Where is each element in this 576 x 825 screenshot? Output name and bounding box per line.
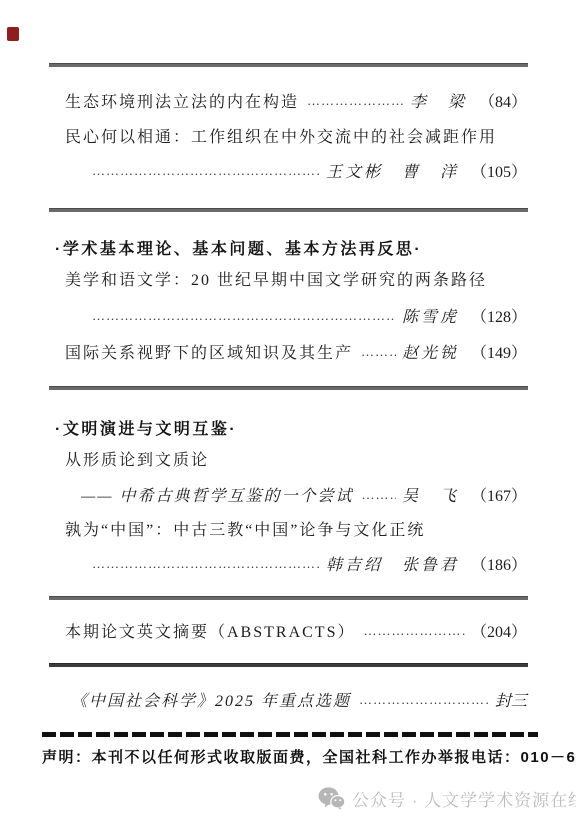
toc-entry-key-topics: 《中国社会科学》2025 年重点选题 ………………………………………………………… [50,691,527,712]
article-page-number: （128） [471,307,527,328]
divider-dashed [42,732,538,737]
article-authors: 韩吉绍 张鲁君 [326,555,459,576]
wechat-watermark-label: 公众号 · 人文学学术资源在线 [352,786,576,811]
dot-leader: …………………………………………………………………………………………………………… [92,160,320,181]
toc-entry: 生态环境刑法立法的内在构造 ……………………………………………………………………… [50,92,527,113]
wechat-icon [318,787,345,810]
divider [49,208,528,212]
toc-entry: 美学和语文学：20 世纪早期中国文学研究的两条路径 [50,270,527,291]
toc-entry: 孰为“中国”：中古三教“中国”论争与文化正统 [50,520,527,541]
toc-entry-abstracts: 本期论文英文摘要（ABSTRACTS） ……………………………………………………… [50,622,527,643]
toc-entry-continuation: …………………………………………………………………………………………………………… [50,162,527,183]
wechat-watermark: 公众号 · 人文学学术资源在线 [318,786,576,811]
toc-entry-subtitle: —— 中希古典哲学互鉴的一个尝试 ……………………………………………………………… [50,486,527,507]
red-seal-mark [7,27,19,41]
divider-top [49,63,528,67]
article-authors: 吴 飞 [402,486,459,507]
section-header: ·文明演进与文明互鉴· [55,416,527,439]
article-authors: 陈雪虎 [402,307,459,328]
journal-toc-page: 生态环境刑法立法的内在构造 ……………………………………………………………………… [0,0,576,825]
article-page-number: （84） [479,92,527,113]
dot-leader: …………………………………………………………………………………………………………… [361,484,396,505]
article-page-number: （149） [471,343,527,364]
article-title: 国际关系视野下的区域知识及其生产 [65,343,353,364]
dot-leader: …………………………………………………………………………………………………………… [92,553,320,574]
divider-dark [49,663,528,667]
divider [49,386,528,390]
article-page-number: （105） [471,162,527,183]
section-header: ·学术基本理论、基本问题、基本方法再反思· [55,236,527,259]
article-title: 从形质论到文质论 [65,450,209,471]
abstracts-page-number: （204） [471,622,527,643]
toc-entry-continuation: …………………………………………………………………………………………………………… [50,307,527,328]
article-title: 民心何以相通：工作组织在中外交流中的社会减距作用 [65,127,497,148]
abstracts-title: 本期论文英文摘要（ABSTRACTS） [65,622,355,643]
article-subtitle: —— 中希古典哲学互鉴的一个尝试 [81,486,353,507]
toc-entry: 从形质论到文质论 [50,450,527,471]
article-authors: 赵光锐 [402,343,459,364]
article-page-number: （167） [471,486,527,507]
toc-entry: 民心何以相通：工作组织在中外交流中的社会减距作用 [50,127,527,148]
toc-entry-continuation: …………………………………………………………………………………………………………… [50,555,527,576]
article-page-number: （186） [471,555,527,576]
article-title: 生态环境刑法立法的内在构造 [65,92,299,113]
article-title: 美学和语文学：20 世纪早期中国文学研究的两条路径 [65,270,487,291]
toc-entry: 国际关系视野下的区域知识及其生产 ……………………………………………………………… [50,343,527,364]
dot-leader: …………………………………………………………………………………………………………… [361,341,396,362]
key-topics-title: 《中国社会科学》2025 年重点选题 [71,691,351,712]
no-fee-notice: 声明：本刊不以任何形式收取版面费，全国社科工作办举报电话：010－6309827… [42,746,538,767]
dot-leader: …………………………………………………………………………………………………………… [92,305,396,326]
dot-leader: …………………………………………………………………………………………………………… [307,90,404,111]
dot-leader: …………………………………………………………………………………………………………… [359,689,489,710]
divider [49,596,528,600]
article-title: 孰为“中国”：中古三教“中国”论争与文化正统 [65,520,425,541]
article-authors: 李 梁 [410,92,467,113]
article-authors: 王文彬 曹 洋 [326,162,459,183]
dot-leader: …………………………………………………………………………………………………………… [363,620,465,641]
key-topics-page-label: 封三 [495,691,527,712]
